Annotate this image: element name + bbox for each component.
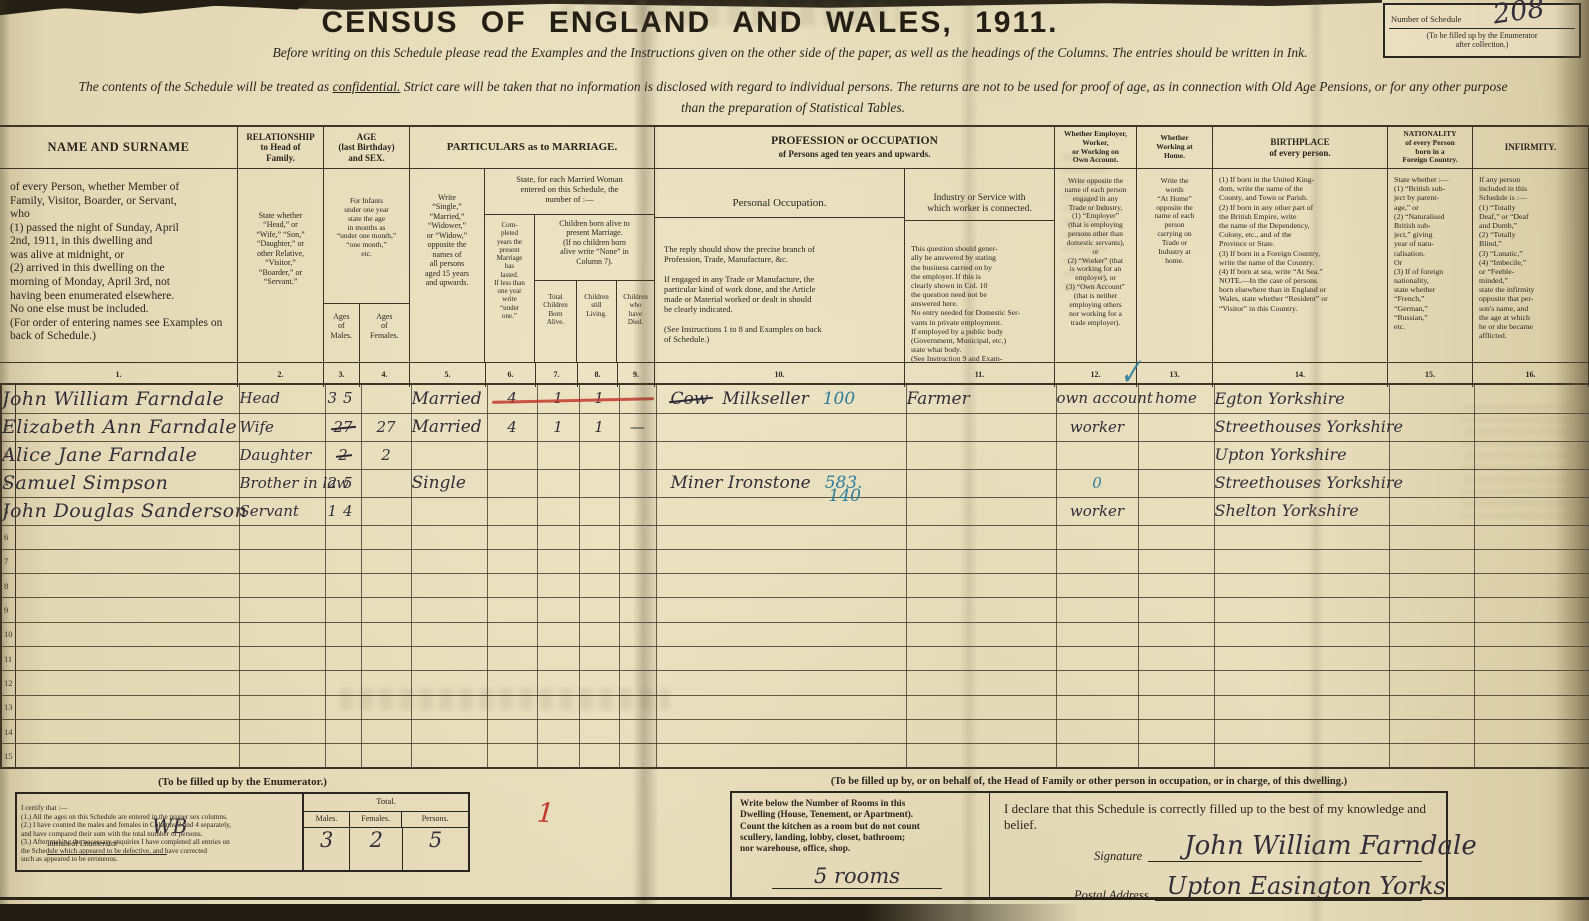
cell-children-died bbox=[619, 469, 656, 497]
row-number: 11 bbox=[4, 654, 12, 664]
cell-relationship bbox=[239, 598, 325, 622]
cell-infirmity bbox=[1474, 622, 1589, 646]
table-row: 12 bbox=[1, 671, 1589, 695]
cell-infirmity bbox=[1474, 598, 1589, 622]
cell-age-females bbox=[361, 385, 411, 413]
ages-of-females-label: Ages of Females. bbox=[360, 304, 409, 362]
table-row: 11 bbox=[1, 646, 1589, 670]
cell-infirmity bbox=[1474, 695, 1589, 719]
cell-birthplace: Egton Yorkshire bbox=[1214, 385, 1389, 413]
cell-marital-condition bbox=[411, 719, 487, 743]
cell-children-born bbox=[537, 622, 579, 646]
cell-marital-condition bbox=[411, 549, 487, 573]
handwritten-age-male: 14 bbox=[327, 502, 358, 520]
cell-name-and-surname: 15 bbox=[1, 744, 239, 768]
cell-birthplace bbox=[1214, 549, 1389, 573]
cell-marital-condition: Single bbox=[411, 469, 487, 497]
cell-relationship: Servant bbox=[239, 497, 325, 525]
cell-children-died bbox=[619, 574, 656, 598]
cell-nationality bbox=[1389, 497, 1474, 525]
row-number: 15 bbox=[4, 751, 13, 761]
table-row: 4Samuel SimpsonBrother in law25SingleMin… bbox=[1, 469, 1589, 497]
cell-age-females: 27 bbox=[361, 413, 411, 441]
instructions-line: Before writing on this Schedule please r… bbox=[30, 45, 1550, 61]
column-number-4: 4. bbox=[360, 363, 410, 387]
cell-children-living bbox=[579, 719, 619, 743]
cell-nationality bbox=[1389, 441, 1474, 469]
personal-occupation-note: The reply should show the precise branch… bbox=[655, 237, 904, 351]
cell-relationship-value: Wife bbox=[240, 418, 274, 436]
bottom-scan-edge bbox=[0, 904, 1080, 921]
cell-age-males bbox=[325, 549, 361, 573]
cell-children-living bbox=[579, 497, 619, 525]
column-number-1: 1. bbox=[0, 363, 238, 387]
cell-years-married bbox=[487, 469, 537, 497]
cell-employer-status bbox=[1056, 695, 1138, 719]
cell-age-males bbox=[325, 525, 361, 549]
declaration-panel: I declare that this Schedule is correctl… bbox=[990, 793, 1446, 897]
cell-age-females-value: 27 bbox=[376, 418, 395, 436]
handwritten-employer-status: worker bbox=[1070, 502, 1124, 520]
cell-children-died bbox=[619, 441, 656, 469]
cell-marital-condition-value: Married bbox=[412, 417, 482, 437]
cell-working-at-home bbox=[1138, 413, 1214, 441]
cell-children-born bbox=[537, 549, 579, 573]
cell-years-married bbox=[487, 574, 537, 598]
cell-industry bbox=[906, 525, 1056, 549]
cell-children-died bbox=[619, 646, 656, 670]
rooms-instructions: Write below the Number of Rooms in this … bbox=[740, 799, 981, 856]
cell-personal-occupation bbox=[656, 497, 906, 525]
cell-working-at-home bbox=[1138, 671, 1214, 695]
personal-occupation-title: Personal Occupation. bbox=[655, 188, 904, 218]
cell-working-at-home-value: home bbox=[1155, 389, 1197, 407]
cell-industry bbox=[906, 695, 1056, 719]
cell-working-at-home bbox=[1138, 719, 1214, 743]
cell-age-males: 27 bbox=[325, 413, 361, 441]
age-subcolumns: Ages of Males. Ages of Females. bbox=[324, 303, 409, 362]
females-label: Females. bbox=[350, 812, 402, 827]
table-row: 15 bbox=[1, 744, 1589, 768]
cell-children-born bbox=[537, 744, 579, 768]
cell-nationality bbox=[1389, 671, 1474, 695]
cell-age-males bbox=[325, 574, 361, 598]
row-number: 14 bbox=[4, 727, 13, 737]
postal-address-label: Postal Address bbox=[1074, 888, 1149, 903]
cell-infirmity bbox=[1474, 574, 1589, 598]
table-row: 8 bbox=[1, 574, 1589, 598]
cell-relationship bbox=[239, 622, 325, 646]
cell-nationality bbox=[1389, 598, 1474, 622]
cell-marital-condition: Married bbox=[411, 385, 487, 413]
handwritten-rooms-count: 5 rooms bbox=[814, 864, 900, 888]
census-rows: 1John William FarndaleHead35Married411Co… bbox=[1, 385, 1589, 768]
cell-infirmity bbox=[1474, 525, 1589, 549]
cell-birthplace bbox=[1214, 671, 1389, 695]
birthplace-column-note: (1) If born in the United King- dom, wri… bbox=[1213, 169, 1388, 363]
cell-name-and-surname: 13 bbox=[1, 695, 239, 719]
handwritten-persons-total: 5 bbox=[403, 828, 468, 870]
cell-personal-occupation bbox=[656, 441, 906, 469]
cell-industry-value: Farmer bbox=[907, 389, 970, 409]
confidential-pre: The contents of the Schedule will be tre… bbox=[78, 79, 332, 94]
cell-children-born-value: 1 bbox=[553, 418, 563, 436]
cell-children-born bbox=[537, 441, 579, 469]
cell-nationality bbox=[1389, 549, 1474, 573]
cell-birthplace-value: Shelton Yorkshire bbox=[1215, 501, 1359, 520]
cell-age-males bbox=[325, 646, 361, 670]
row-number: 13 bbox=[4, 702, 13, 712]
row-number: 9 bbox=[4, 605, 8, 615]
handwritten-age-male: 35 bbox=[327, 389, 358, 407]
cell-marital-condition bbox=[411, 598, 487, 622]
table-row: 13 bbox=[1, 695, 1589, 719]
handwritten-name: John William Farndale bbox=[2, 388, 224, 410]
cell-age-males bbox=[325, 622, 361, 646]
cell-marital-condition bbox=[411, 744, 487, 768]
cell-children-born bbox=[537, 525, 579, 549]
cell-nationality bbox=[1389, 646, 1474, 670]
cell-age-males bbox=[325, 598, 361, 622]
cell-personal-occupation bbox=[656, 719, 906, 743]
cell-age-males: 2 bbox=[325, 441, 361, 469]
cell-relationship: Daughter bbox=[239, 441, 325, 469]
persons-label: Persons. bbox=[402, 812, 468, 827]
cell-marital-condition bbox=[411, 441, 487, 469]
cell-age-males bbox=[325, 671, 361, 695]
years-married-note: Com- pleted years the present Marriage h… bbox=[485, 215, 535, 362]
cell-age-females bbox=[361, 497, 411, 525]
cell-marital-condition bbox=[411, 525, 487, 549]
cell-marital-condition bbox=[411, 622, 487, 646]
cell-relationship bbox=[239, 525, 325, 549]
column-header-name: NAME AND SURNAME bbox=[0, 127, 238, 169]
struck-age-male: 2 bbox=[338, 446, 348, 464]
table-row: 1John William FarndaleHead35Married411Co… bbox=[1, 385, 1589, 413]
row-number: 5 bbox=[4, 506, 8, 516]
children-born-note: Children born alive to present Marriage.… bbox=[535, 215, 654, 281]
cell-relationship: Brother in law bbox=[239, 469, 325, 497]
at-home-column-note: Write the words “At Home” opposite the n… bbox=[1137, 169, 1213, 363]
handwritten-employer-status: 0 bbox=[1092, 474, 1102, 492]
name-column-instructions: of every Person, whether Member of Famil… bbox=[0, 169, 238, 363]
cell-relationship bbox=[239, 671, 325, 695]
cell-age-females bbox=[361, 622, 411, 646]
column-number-11: 11. bbox=[905, 363, 1055, 387]
cell-age-females bbox=[361, 695, 411, 719]
initials-label: Initials of Enumerator bbox=[47, 839, 118, 848]
handwritten-employer-status: own account bbox=[1057, 389, 1153, 407]
cell-personal-occupation bbox=[656, 549, 906, 573]
cell-name-and-surname: 2Elizabeth Ann Farndale bbox=[1, 413, 239, 441]
cell-children-living bbox=[579, 574, 619, 598]
cell-employer-status bbox=[1056, 646, 1138, 670]
nationality-column-note: State whether :— (1) “British sub- ject … bbox=[1388, 169, 1473, 363]
industry-title: Industry or Service with which worker is… bbox=[905, 188, 1054, 221]
schedule-number-label: Number of Schedule bbox=[1389, 8, 1575, 29]
cell-birthplace-value: Egton Yorkshire bbox=[1215, 389, 1345, 408]
handwritten-years-married: 4 bbox=[507, 418, 517, 436]
cell-personal-occupation bbox=[656, 413, 906, 441]
cell-personal-occupation bbox=[656, 671, 906, 695]
row-number: 3 bbox=[4, 450, 8, 460]
table-row: 6 bbox=[1, 525, 1589, 549]
cell-birthplace-value: Upton Yorkshire bbox=[1215, 445, 1347, 464]
cell-children-living bbox=[579, 744, 619, 768]
enumerator-initials-row: Initials of Enumerator WB bbox=[47, 829, 167, 867]
cell-children-died bbox=[619, 695, 656, 719]
cell-name-and-surname: 4Samuel Simpson bbox=[1, 469, 239, 497]
column-header-relationship: RELATIONSHIP to Head of Family. bbox=[238, 127, 324, 169]
cell-birthplace bbox=[1214, 744, 1389, 768]
postal-address-line: Upton Easington Yorks bbox=[1155, 886, 1422, 901]
cell-age-females bbox=[361, 719, 411, 743]
cell-personal-occupation bbox=[656, 744, 906, 768]
column-number-16: 16. bbox=[1473, 363, 1589, 387]
cell-years-married: 4 bbox=[487, 413, 537, 441]
cell-children-living bbox=[579, 441, 619, 469]
cell-name-and-surname: 6 bbox=[1, 525, 239, 549]
marital-status-note: Write “Single,” “Married,” “Widower,” or… bbox=[410, 169, 485, 362]
column-header-age-sex: AGE (last Birthday) and SEX. bbox=[324, 127, 410, 169]
table-row: 9 bbox=[1, 598, 1589, 622]
cell-relationship-value: Head bbox=[240, 389, 281, 407]
cell-age-females bbox=[361, 549, 411, 573]
row-number: 2 bbox=[4, 422, 8, 432]
declaration-text: I declare that this Schedule is correctl… bbox=[1004, 801, 1436, 833]
cell-children-living bbox=[579, 671, 619, 695]
handwritten-age-male: 25 bbox=[327, 474, 358, 492]
handwritten-name: Alice Jane Farndale bbox=[2, 444, 197, 466]
cell-name-and-surname: 9 bbox=[1, 598, 239, 622]
table-row: 14 bbox=[1, 719, 1589, 743]
row-number: 6 bbox=[4, 532, 8, 542]
census-table: 1John William FarndaleHead35Married411Co… bbox=[0, 385, 1589, 769]
ages-of-males-label: Ages of Males. bbox=[324, 304, 360, 362]
occupation-code: 100 bbox=[823, 389, 855, 409]
occupation-column-instructions: Personal Occupation. The reply should sh… bbox=[655, 169, 905, 363]
handwritten-signature: John William Farndale bbox=[1184, 831, 1477, 861]
confidential-line-2: than the preparation of Statistical Tabl… bbox=[8, 100, 1578, 116]
confidential-line: The contents of the Schedule will be tre… bbox=[8, 79, 1578, 95]
children-died-label: Children who have Died. bbox=[617, 281, 654, 362]
cell-relationship-value: Daughter bbox=[240, 446, 312, 464]
schedule-number-note: (To be filled up by the Enumerator after… bbox=[1389, 29, 1575, 49]
cell-marital-condition-value: Married bbox=[412, 389, 482, 409]
cell-relationship bbox=[239, 549, 325, 573]
cell-birthplace: Streethouses Yorkshire bbox=[1214, 413, 1389, 441]
struck-occupation-word: Cow bbox=[671, 389, 709, 409]
cell-name-and-surname: 1John William Farndale bbox=[1, 385, 239, 413]
cell-nationality bbox=[1389, 574, 1474, 598]
cell-age-males bbox=[325, 744, 361, 768]
cell-birthplace-value: Streethouses Yorkshire bbox=[1215, 417, 1404, 436]
cell-marital-condition bbox=[411, 695, 487, 719]
cell-birthplace: Streethouses Yorkshire bbox=[1214, 469, 1389, 497]
cell-infirmity bbox=[1474, 719, 1589, 743]
cell-employer-status bbox=[1056, 622, 1138, 646]
cell-industry bbox=[906, 719, 1056, 743]
cell-birthplace bbox=[1214, 622, 1389, 646]
profession-subtitle: of Persons aged ten years and upwards. bbox=[779, 149, 931, 160]
handwritten-males-total: 3 bbox=[304, 828, 350, 870]
cell-birthplace-value: Streethouses Yorkshire bbox=[1215, 473, 1404, 492]
cell-working-at-home bbox=[1138, 525, 1214, 549]
cell-children-living bbox=[579, 549, 619, 573]
cell-age-males: 14 bbox=[325, 497, 361, 525]
cell-birthplace: Shelton Yorkshire bbox=[1214, 497, 1389, 525]
children-born-label: Total Children Born Alive. bbox=[535, 281, 577, 362]
cell-industry bbox=[906, 671, 1056, 695]
handwritten-postal-address: Upton Easington Yorks bbox=[1167, 872, 1446, 900]
cell-children-died: — bbox=[619, 413, 656, 441]
cell-nationality bbox=[1389, 385, 1474, 413]
signature-line: John William Farndale bbox=[1148, 847, 1422, 862]
cell-children-living bbox=[579, 469, 619, 497]
signature-row: Signature John William Farndale bbox=[1004, 847, 1436, 864]
cell-children-living bbox=[579, 622, 619, 646]
cell-age-females bbox=[361, 598, 411, 622]
cell-infirmity bbox=[1474, 385, 1589, 413]
cell-age-males: 35 bbox=[325, 385, 361, 413]
cell-infirmity bbox=[1474, 413, 1589, 441]
cell-infirmity bbox=[1474, 646, 1589, 670]
cell-children-born bbox=[537, 497, 579, 525]
cell-children-born bbox=[537, 719, 579, 743]
cell-working-at-home bbox=[1138, 695, 1214, 719]
cell-industry bbox=[906, 413, 1056, 441]
cell-industry bbox=[906, 598, 1056, 622]
cell-name-and-surname: 10 bbox=[1, 622, 239, 646]
marriage-column-instructions: Write “Single,” “Married,” “Widower,” or… bbox=[410, 169, 655, 363]
cell-working-at-home bbox=[1138, 497, 1214, 525]
column-number-10: 10. bbox=[655, 363, 905, 387]
cell-age-females-value: 2 bbox=[381, 446, 391, 464]
enumerator-section-heading: (To be filled up by the Enumerator.) bbox=[15, 776, 470, 788]
cell-marital-condition bbox=[411, 574, 487, 598]
cell-working-at-home bbox=[1138, 574, 1214, 598]
handwritten-name: Samuel Simpson bbox=[2, 472, 168, 494]
handwritten-occupation: Miner Ironstone bbox=[671, 473, 811, 493]
column-number-5: 5. bbox=[410, 363, 486, 387]
handwritten-name: John Douglas Sanderson bbox=[2, 500, 247, 522]
cell-years-married bbox=[487, 744, 537, 768]
cell-name-and-surname: 3Alice Jane Farndale bbox=[1, 441, 239, 469]
cell-employer-status: worker bbox=[1056, 497, 1138, 525]
cell-children-living: 1 bbox=[579, 413, 619, 441]
householder-box: Write below the Number of Rooms in this … bbox=[730, 791, 1448, 899]
cell-nationality bbox=[1389, 744, 1474, 768]
enumerator-certification: I certify that :— (1.) All the ages on t… bbox=[17, 794, 302, 870]
cell-children-living bbox=[579, 525, 619, 549]
cell-years-married bbox=[487, 646, 537, 670]
red-ink-tally-mark: 1 bbox=[536, 797, 555, 829]
cell-age-males bbox=[325, 719, 361, 743]
cell-working-at-home bbox=[1138, 441, 1214, 469]
cell-employer-status: worker bbox=[1056, 413, 1138, 441]
cell-children-living bbox=[579, 646, 619, 670]
cell-working-at-home bbox=[1138, 744, 1214, 768]
row-number: 1 bbox=[4, 394, 8, 404]
column-header-marriage: PARTICULARS as to MARRIAGE. bbox=[410, 127, 655, 169]
cell-relationship bbox=[239, 646, 325, 670]
column-header-employer: Whether Employer, Worker, or Working on … bbox=[1055, 127, 1137, 169]
column-number-14: 14. bbox=[1213, 363, 1388, 387]
cell-relationship bbox=[239, 695, 325, 719]
cell-employer-status: 0 bbox=[1056, 469, 1138, 497]
cell-children-died bbox=[619, 549, 656, 573]
cell-working-at-home bbox=[1138, 646, 1214, 670]
cell-children-died bbox=[619, 525, 656, 549]
cell-name-and-surname: 12 bbox=[1, 671, 239, 695]
census-schedule-page: CENSUS OF ENGLAND AND WALES, 1911. Befor… bbox=[0, 0, 1589, 921]
cell-employer-status bbox=[1056, 719, 1138, 743]
cell-birthplace bbox=[1214, 598, 1389, 622]
cell-children-living bbox=[579, 695, 619, 719]
column-number-2: 2. bbox=[238, 363, 324, 387]
cell-years-married bbox=[487, 441, 537, 469]
cell-infirmity bbox=[1474, 549, 1589, 573]
cell-industry bbox=[906, 744, 1056, 768]
cell-birthplace bbox=[1214, 646, 1389, 670]
cell-children-born bbox=[537, 469, 579, 497]
occupation-line: Miner Ironstone583. bbox=[657, 473, 906, 493]
cell-age-females bbox=[361, 744, 411, 768]
cell-infirmity bbox=[1474, 671, 1589, 695]
cell-children-born bbox=[537, 598, 579, 622]
column-header-profession: PROFESSION or OCCUPATION of Persons aged… bbox=[655, 127, 1055, 169]
struck-age-male: 27 bbox=[333, 418, 352, 436]
cell-children-died bbox=[619, 622, 656, 646]
cell-years-married bbox=[487, 671, 537, 695]
cell-nationality bbox=[1389, 622, 1474, 646]
table-row: 7 bbox=[1, 549, 1589, 573]
age-infants-note: For Infants under one year state the age… bbox=[324, 169, 409, 303]
industry-column-instructions: Industry or Service with which worker is… bbox=[905, 169, 1055, 363]
cell-children-died bbox=[619, 598, 656, 622]
cell-personal-occupation bbox=[656, 695, 906, 719]
totals-table: Total. Males. Females. Persons. 3 2 5 bbox=[302, 794, 468, 870]
cell-industry: Farmer bbox=[906, 385, 1056, 413]
column-number-13: 13. bbox=[1137, 363, 1213, 387]
confidential-word: confidential. bbox=[333, 79, 401, 94]
handwritten-employer-status: worker bbox=[1070, 418, 1124, 436]
cell-children-born: 1 bbox=[537, 413, 579, 441]
cell-children-born bbox=[537, 695, 579, 719]
cell-personal-occupation bbox=[656, 622, 906, 646]
cell-years-married bbox=[487, 497, 537, 525]
occupation-line: CowMilkseller100 bbox=[657, 389, 906, 409]
cell-personal-occupation: Miner Ironstone583.140 bbox=[656, 469, 906, 497]
cell-age-females: 2 bbox=[361, 441, 411, 469]
cell-years-married bbox=[487, 695, 537, 719]
page-title: CENSUS OF ENGLAND AND WALES, 1911. bbox=[0, 6, 1380, 40]
blue-ink-tick-mark: ✓ bbox=[1116, 352, 1145, 395]
cell-children-died bbox=[619, 719, 656, 743]
column-header-nationality: NATIONALITY of every Person born in a Fo… bbox=[1388, 127, 1473, 169]
column-header-at-home: Whether Working at Home. bbox=[1137, 127, 1213, 169]
cell-working-at-home bbox=[1138, 598, 1214, 622]
cell-years-married bbox=[487, 525, 537, 549]
cell-children-died bbox=[619, 671, 656, 695]
column-number-7: 7. bbox=[536, 363, 578, 387]
row-number: 8 bbox=[4, 581, 8, 591]
column-number-3: 3. bbox=[324, 363, 360, 387]
cell-employer-status bbox=[1056, 744, 1138, 768]
cell-years-married bbox=[487, 598, 537, 622]
employer-column-note: Write opposite the name of each person e… bbox=[1055, 169, 1137, 363]
row-number: 10 bbox=[4, 629, 13, 639]
